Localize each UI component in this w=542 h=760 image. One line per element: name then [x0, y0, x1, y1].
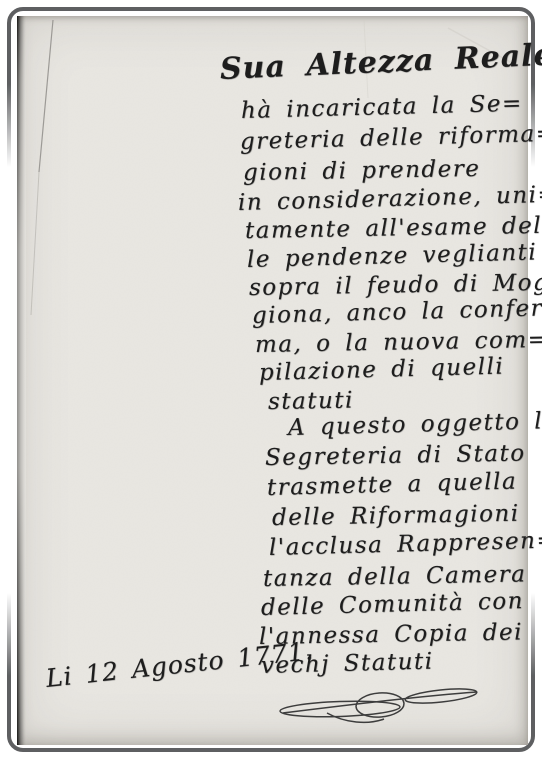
manuscript-opening-line: Sua Altezza Reale — [219, 37, 542, 87]
manuscript-line: delle Comunità con — [261, 588, 525, 621]
manuscript-line: hà incaricata la Se= — [241, 91, 523, 124]
manuscript-line: l'acclusa Rappresen= — [269, 527, 542, 561]
manuscript-line: tamente all'esame del= — [245, 212, 542, 244]
manuscript-line: delle Riformagioni — [272, 501, 520, 531]
manuscript-line: gioni di prendere — [243, 156, 481, 186]
manuscript-line: trasmette a quella — [267, 468, 518, 501]
manuscript-line: greteria delle riforma= — [240, 121, 542, 155]
manuscript-line: pilazione di quelli — [259, 354, 505, 386]
manuscript-line: Segreteria di Stato — [265, 440, 526, 471]
manuscript-line: in considerazione, uni= — [238, 182, 542, 216]
manuscript-line: le pendenze veglianti — [247, 239, 538, 273]
scanned-document: Sua Altezza Realehà incaricata la Se=gre… — [0, 0, 542, 760]
manuscript-line: statuti — [268, 388, 354, 415]
manuscript-line: tanza della Camera — [263, 561, 527, 592]
